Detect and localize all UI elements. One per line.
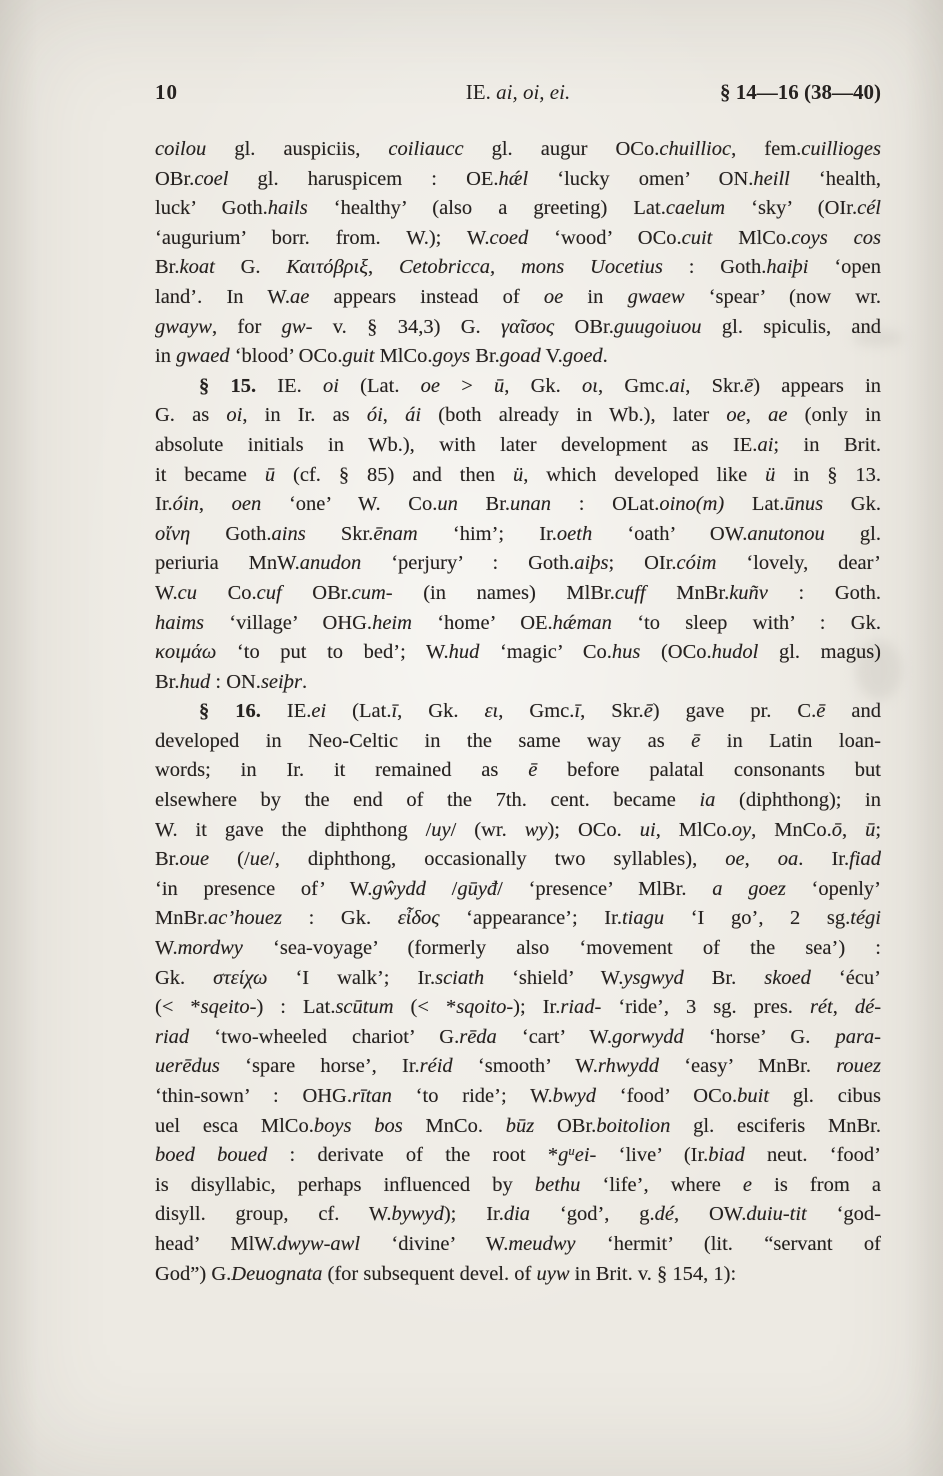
- text-run: in: [563, 286, 627, 308]
- text-run: haiþi: [766, 256, 808, 278]
- text-run: and: [825, 700, 881, 722]
- text-run: ‘home’ OE.: [412, 612, 553, 634]
- text-run: kuñv: [729, 582, 768, 604]
- text-run: οι: [582, 375, 598, 397]
- text-run: Lat.: [724, 493, 784, 515]
- text-run: ē: [644, 700, 653, 722]
- text-run: uel esca MlCo.: [155, 1115, 314, 1137]
- text-run: caelum: [666, 197, 725, 219]
- text-run: , Gmc.: [598, 375, 669, 397]
- text-run: neut. ‘food’: [745, 1144, 881, 1166]
- text-run: § 15.: [199, 375, 256, 397]
- text-run: ‘augurium’ borr. from. W.); W.: [155, 227, 490, 249]
- text-run: rhwydd: [598, 1055, 659, 1077]
- text-block: coilou gl. auspiciis, coiliaucc gl. augu…: [155, 135, 881, 1289]
- text-run: : Goth.: [663, 256, 766, 278]
- text-run: in: [155, 345, 176, 367]
- text-run: God”) G.: [155, 1263, 231, 1285]
- text-run: ‘shield’ W.: [484, 967, 623, 989]
- text-run: wy: [525, 819, 548, 841]
- text-line: ‘in presence of’ W.gŵydd /gūyđ/ ‘presenc…: [155, 875, 881, 905]
- text-run: meudwy: [508, 1233, 575, 1255]
- text-run: MlCo.: [712, 227, 791, 249]
- text-run: , for: [212, 316, 282, 338]
- text-run: (Lat.: [339, 375, 421, 397]
- superscript-run: u: [568, 1144, 574, 1158]
- text-run: ‘food’ OCo.: [596, 1085, 737, 1107]
- section-reference: § 14—16 (38—40): [570, 78, 881, 106]
- text-run: ains: [272, 523, 306, 545]
- text-run: ‘I go’, 2 sg.: [664, 907, 850, 929]
- text-run: oen: [232, 493, 262, 515]
- text-run: ia: [699, 789, 715, 811]
- text-run: óin: [173, 493, 199, 515]
- text-run: gl. esciferis MnBr.: [670, 1115, 881, 1137]
- text-line: absolute initials in Wb.), with later de…: [155, 431, 881, 461]
- text-run: Br.: [155, 256, 180, 278]
- text-run: ) : Lat.: [256, 996, 335, 1018]
- text-run: στείχω: [213, 967, 267, 989]
- text-line: boed boued : derivate of the root *guei-…: [155, 1141, 881, 1171]
- text-run: : derivate of the root *: [267, 1144, 558, 1166]
- text-run: ‘perjury’ : Goth.: [361, 552, 574, 574]
- text-run: in Latin loan-: [700, 730, 881, 752]
- text-run: head’ MlW.: [155, 1233, 277, 1255]
- text-line: disyll. group, cf. W.bywyd); Ir.dia ‘god…: [155, 1200, 881, 1230]
- text-line: haims ‘village’ OHG.heim ‘home’ OE.hǽman…: [155, 609, 881, 639]
- page-header: 10 IE. ai, oi, ei. § 14—16 (38—40): [155, 78, 881, 106]
- text-run: /: [426, 878, 457, 900]
- text-run: G. as: [155, 404, 226, 426]
- text-run: gl. cibus: [769, 1085, 881, 1107]
- text-run: ō: [832, 819, 842, 841]
- text-run: hud: [449, 641, 480, 663]
- text-run: rītan: [352, 1085, 392, 1107]
- text-run: Br.: [458, 493, 510, 515]
- text-run: land’. In W.: [155, 286, 290, 308]
- text-run: ac’houez: [208, 907, 282, 929]
- text-run: ,: [199, 493, 232, 515]
- text-run: ‘easy’ MnBr.: [659, 1055, 836, 1077]
- text-run: uyw: [536, 1263, 569, 1285]
- text-run: ‘spear’ (now wr.: [685, 286, 881, 308]
- text-run: ); OCo.: [547, 819, 639, 841]
- text-run: ái: [405, 404, 421, 426]
- text-line: head’ MlW.dwyw-awl ‘divine’ W.meudwy ‘he…: [155, 1230, 881, 1260]
- text-run: skoed: [764, 967, 811, 989]
- text-run: buit: [737, 1085, 769, 1107]
- text-run: : Gk.: [282, 907, 398, 929]
- text-run: heim: [372, 612, 412, 634]
- text-run: : OLat.: [551, 493, 659, 515]
- text-run: IE.: [466, 80, 496, 104]
- text-run: coed: [490, 227, 529, 249]
- text-run: V.: [541, 345, 563, 367]
- text-run: gwayw: [155, 316, 212, 338]
- text-run: ;: [875, 819, 881, 841]
- text-run: rét: [810, 996, 833, 1018]
- text-run: ‘ride’, 3 sg. pres.: [601, 996, 810, 1018]
- text-run: MnBr.: [646, 582, 730, 604]
- text-run: hails: [268, 197, 308, 219]
- text-run: cuillioges: [801, 138, 881, 160]
- text-run: bethu: [535, 1174, 581, 1196]
- text-run: ,: [746, 404, 768, 426]
- text-run: , which developed like: [523, 464, 765, 486]
- text-run: boys bos: [314, 1115, 403, 1137]
- text-run: bwyd: [553, 1085, 596, 1107]
- text-run: ‘appearance’; Ir.: [440, 907, 622, 929]
- text-line: G. as oi, in Ir. as ói, ái (both already…: [155, 401, 881, 431]
- text-run: unan: [510, 493, 551, 515]
- text-run: gwaed: [176, 345, 230, 367]
- text-run: ‘life’, where: [580, 1174, 743, 1196]
- text-run: ‘health,: [790, 168, 881, 190]
- text-line: it became ū (cf. § 85) and then ü, which…: [155, 461, 881, 491]
- text-run: /, diphthong, occasionally two syllables…: [269, 848, 725, 870]
- text-run: ; OIr.: [608, 552, 676, 574]
- text-run: ‘spare horse’, Ir.: [220, 1055, 420, 1077]
- text-line: luck’ Goth.hails ‘healthy’ (also a greet…: [155, 194, 881, 224]
- text-run: haims: [155, 612, 204, 634]
- text-run: IE.: [261, 700, 311, 722]
- text-run: is disyllabic, perhaps influenced by: [155, 1174, 535, 1196]
- text-line: Ir.óin, oen ‘one’ W. Co.un Br.unan : OLa…: [155, 490, 881, 520]
- text-run: periuria MnW.: [155, 552, 300, 574]
- text-run: ei-: [575, 1144, 597, 1166]
- text-run: (Lat.: [326, 700, 391, 722]
- text-run: Skr.: [306, 523, 374, 545]
- text-run: gl. auspiciis,: [206, 138, 388, 160]
- text-run: ‘oath’ OW.: [592, 523, 747, 545]
- text-run: cum-: [352, 582, 393, 604]
- text-run: ‘healthy’ (also a greeting) Lat.: [308, 197, 666, 219]
- text-run: gl. spiculis, and: [702, 316, 881, 338]
- page-number: 10: [155, 78, 466, 106]
- text-run: Co.: [197, 582, 257, 604]
- text-run: is from a: [752, 1174, 881, 1196]
- text-run: , fem.: [731, 138, 801, 160]
- text-run: hǽl: [499, 168, 529, 190]
- text-run: ē: [528, 759, 537, 781]
- text-run: § 16.: [199, 700, 261, 722]
- text-run: , OW.: [674, 1203, 746, 1225]
- text-run: ‘two-wheeled chariot’ G.: [189, 1026, 459, 1048]
- text-line: (< *sqeito-) : Lat.scūtum (< *sqoito-); …: [155, 993, 881, 1023]
- text-run: it became: [155, 464, 265, 486]
- text-run: ‘him’; Ir.: [418, 523, 557, 545]
- text-run: OBr.: [554, 316, 614, 338]
- text-run: ); Ir.: [444, 1203, 504, 1225]
- text-run: cuit: [682, 227, 713, 249]
- text-run: goed: [563, 345, 603, 367]
- text-run: oi: [323, 375, 339, 397]
- text-run: uy: [431, 819, 450, 841]
- text-run: hudol: [712, 641, 759, 663]
- text-run: οἴνη: [155, 523, 190, 545]
- text-run: ae: [290, 286, 309, 308]
- text-run: , Gk.: [397, 700, 484, 722]
- text-run: ‘divine’ W.: [360, 1233, 508, 1255]
- text-run: ‘sky’ (OIr.: [725, 197, 857, 219]
- text-run: Καιτόβριξ: [286, 256, 368, 278]
- text-run: absolute initials in Wb.), with later de…: [155, 434, 757, 456]
- text-line: uel esca MlCo.boys bos MnCo. būz OBr.boi…: [155, 1112, 881, 1142]
- text-run: gl. haruspicem : OE.: [228, 168, 498, 190]
- text-run: ‘to ride’; W.: [392, 1085, 553, 1107]
- text-line: gwayw, for gw- v. § 34,3) G. γαῖσος OBr.…: [155, 313, 881, 343]
- text-line: riad ‘two-wheeled chariot’ G.rēda ‘cart’…: [155, 1023, 881, 1053]
- text-run: goad: [500, 345, 541, 367]
- text-run: ‘to sleep with’ : Gk.: [612, 612, 881, 634]
- text-run: riad-: [560, 996, 601, 1018]
- text-run: goys: [433, 345, 471, 367]
- text-run: réid: [420, 1055, 453, 1077]
- text-run: before palatal consonants but: [537, 759, 881, 781]
- text-run: būz: [506, 1115, 534, 1137]
- text-run: gŵydd: [372, 878, 426, 900]
- text-run: coel: [194, 168, 228, 190]
- text-run: (for subsequent devel. of: [322, 1263, 536, 1285]
- text-run: W.: [155, 582, 178, 604]
- text-line: elsewhere by the end of the 7th. cent. b…: [155, 786, 881, 816]
- text-run: (< *: [394, 996, 457, 1018]
- text-run: ‘god-: [807, 1203, 881, 1225]
- text-run: coiliaucc: [388, 138, 463, 160]
- text-run: . Ir.: [798, 848, 849, 870]
- text-run: .: [302, 671, 307, 693]
- text-run: cuf: [257, 582, 282, 604]
- text-run: ,: [745, 848, 778, 870]
- text-run: ,: [383, 404, 405, 426]
- text-run: g: [558, 1144, 568, 1166]
- text-run: developed in Neo-Celtic in the same way …: [155, 730, 691, 752]
- text-run: ‘smooth’ W.: [453, 1055, 598, 1077]
- text-line: ‘augurium’ borr. from. W.); W.coed ‘wood…: [155, 224, 881, 254]
- text-run: mordwy: [178, 937, 243, 959]
- text-run: MnCo.: [403, 1115, 506, 1137]
- text-run: Br.: [155, 848, 180, 870]
- text-run: (< *: [155, 996, 201, 1018]
- text-run: ai: [669, 375, 685, 397]
- text-run: ); Ir.: [513, 996, 560, 1018]
- text-run: gorwydd: [612, 1026, 684, 1048]
- text-run: oe: [421, 375, 440, 397]
- text-run: e: [743, 1174, 752, 1196]
- text-run: oi: [226, 404, 242, 426]
- text-run: Br.: [155, 671, 180, 693]
- text-run: gl.: [825, 523, 881, 545]
- text-run: luck’ Goth.: [155, 197, 268, 219]
- text-run: cóim: [677, 552, 717, 574]
- text-run: / ‘presence’ MlBr.: [497, 878, 712, 900]
- text-run: ; in Brit.: [773, 434, 881, 456]
- text-run: gl. augur OCo.: [464, 138, 660, 160]
- text-line: periuria MnW.anudon ‘perjury’ : Goth.aiþ…: [155, 549, 881, 579]
- text-run: ,: [842, 819, 865, 841]
- text-run: ü: [765, 464, 775, 486]
- text-run: Ir.: [155, 493, 173, 515]
- text-run: ē: [816, 700, 825, 722]
- text-run: ‘one’ W. Co.: [261, 493, 437, 515]
- text-line: coilou gl. auspiciis, coiliaucc gl. augu…: [155, 135, 881, 165]
- text-run: / (wr.: [451, 819, 525, 841]
- text-run: oy: [732, 819, 751, 841]
- text-run: words; in Ir. it remained as: [155, 759, 528, 781]
- text-run: chuillioc: [659, 138, 731, 160]
- text-line: § 15. IE. oi (Lat. oe > ū, Gk. οι, Gmc.a…: [155, 372, 881, 402]
- text-run: ‘openly’: [786, 878, 881, 900]
- text-run: ū: [265, 464, 275, 486]
- text-run: dé: [655, 1203, 674, 1225]
- text-run: ēnam: [373, 523, 417, 545]
- text-run: fiad: [849, 848, 881, 870]
- text-run: hud: [180, 671, 211, 693]
- text-run: ‘thin-sown’ : OHG.: [155, 1085, 352, 1107]
- text-run: ει: [484, 700, 498, 722]
- text-run: ‘lucky omen’ ON.: [528, 168, 753, 190]
- text-run: ,: [833, 996, 855, 1018]
- text-run: un: [437, 493, 458, 515]
- text-run: (only in: [787, 404, 881, 426]
- text-run: in § 13.: [775, 464, 881, 486]
- text-run: oe: [726, 404, 745, 426]
- text-run: ai: [757, 434, 773, 456]
- text-run: uerēdus: [155, 1055, 220, 1077]
- text-run: Gk.: [823, 493, 881, 515]
- text-run: rouez: [836, 1055, 881, 1077]
- text-run: OBr.: [282, 582, 352, 604]
- text-run: , Gmc.: [498, 700, 574, 722]
- text-run: in Brit. v. § 154, 1):: [570, 1263, 737, 1285]
- text-run: ysgwyd: [623, 967, 683, 989]
- text-run: Gk.: [155, 967, 213, 989]
- text-line: W.cu Co.cuf OBr.cum- (in names) MlBr.cuf…: [155, 579, 881, 609]
- text-run: κοιμάω: [155, 641, 216, 663]
- text-line: ‘thin-sown’ : OHG.rītan ‘to ride’; W.bwy…: [155, 1082, 881, 1112]
- text-run: a goez: [712, 878, 786, 900]
- text-run: ) appears in: [753, 375, 881, 397]
- text-run: Goth.: [190, 523, 271, 545]
- text-run: cél: [857, 197, 881, 219]
- text-run: ū: [494, 375, 504, 397]
- text-line: Br.hud : ON.seiþr.: [155, 668, 881, 698]
- text-run: .: [603, 345, 608, 367]
- text-run: oe: [725, 848, 744, 870]
- text-run: gl. magus): [758, 641, 881, 663]
- text-line: uerēdus ‘spare horse’, Ir.réid ‘smooth’ …: [155, 1052, 881, 1082]
- text-line: § 16. IE.ei (Lat.ī, Gk. ει, Gmc.ī, Skr.ē…: [155, 697, 881, 727]
- text-run: ‘god’, g.: [530, 1203, 655, 1225]
- text-run: ‘sea-voyage’ (formerly also ‘movement of…: [243, 937, 881, 959]
- text-run: heill: [753, 168, 789, 190]
- text-run: εἶδος: [398, 907, 440, 929]
- text-run: ue: [250, 848, 269, 870]
- text-line: W.mordwy ‘sea-voyage’ (formerly also ‘mo…: [155, 934, 881, 964]
- text-run: , in Ir. as: [242, 404, 367, 426]
- text-run: , MlCo.: [656, 819, 732, 841]
- text-line: οἴνη Goth.ains Skr.ēnam ‘him’; Ir.oeth ‘…: [155, 520, 881, 550]
- text-run: G.: [215, 256, 287, 278]
- text-run: bywyd: [391, 1203, 443, 1225]
- text-run: oino(m): [659, 493, 724, 515]
- text-run: , Skr.: [685, 375, 744, 397]
- text-run: Br.: [684, 967, 764, 989]
- text-run: : Goth.: [768, 582, 881, 604]
- text-run: coys cos: [791, 227, 881, 249]
- text-run: tiagu: [622, 907, 664, 929]
- text-run: ‘in presence of’ W.: [155, 878, 372, 900]
- text-run: sciath: [435, 967, 484, 989]
- text-run: dwyw-awl: [277, 1233, 360, 1255]
- text-line: MnBr.ac’houez : Gk. εἶδος ‘appearance’; …: [155, 904, 881, 934]
- text-run: anutonou: [747, 523, 824, 545]
- text-run: ai, oi, ei.: [496, 80, 570, 104]
- text-run: oue: [180, 848, 210, 870]
- text-run: elsewhere by the end of the 7th. cent. b…: [155, 789, 699, 811]
- text-run: ‘I walk’; Ir.: [267, 967, 435, 989]
- text-run: dé-: [855, 996, 881, 1018]
- book-page: 10 IE. ai, oi, ei. § 14—16 (38—40) coilo…: [0, 0, 943, 1476]
- text-run: rēda: [459, 1026, 497, 1048]
- text-run: ‘cart’ W.: [497, 1026, 612, 1048]
- text-run: Br.: [470, 345, 500, 367]
- text-line: words; in Ir. it remained as ē before pa…: [155, 756, 881, 786]
- text-run: W. it gave the diphthong /: [155, 819, 431, 841]
- text-run: boitolion: [596, 1115, 670, 1137]
- text-run: coilou: [155, 138, 206, 160]
- text-run: oe: [544, 286, 563, 308]
- text-run: seiþr: [261, 671, 302, 693]
- text-run: >: [440, 375, 494, 397]
- text-line: God”) G.Deuognata (for subsequent devel.…: [155, 1260, 881, 1290]
- text-run: ‘lovely, dear’: [716, 552, 881, 574]
- text-run: OBr.: [155, 168, 194, 190]
- text-run: appears instead of: [309, 286, 544, 308]
- text-run: ‘live’ (Ir.: [596, 1144, 708, 1166]
- text-run: , MnCo.: [751, 819, 832, 841]
- text-run: sqoito-: [456, 996, 513, 1018]
- text-run: ü: [513, 464, 523, 486]
- text-run: MnBr.: [155, 907, 208, 929]
- text-run: , Skr.: [580, 700, 644, 722]
- text-run: guugoiuou: [614, 316, 702, 338]
- text-run: ‘écu’: [811, 967, 881, 989]
- text-run: cuff: [615, 582, 646, 604]
- text-line: W. it gave the diphthong /uy/ (wr. wy); …: [155, 816, 881, 846]
- text-run: OBr.: [534, 1115, 596, 1137]
- text-run: Cetobricca, mons Uocetius: [399, 256, 663, 278]
- text-run: ói: [367, 404, 383, 426]
- text-run: ūnus: [784, 493, 823, 515]
- text-run: ē: [744, 375, 753, 397]
- text-line: κοιμάω ‘to put to bed’; W.hud ‘magic’ Co…: [155, 638, 881, 668]
- text-line: Br.oue (/ue/, diphthong, occasionally tw…: [155, 845, 881, 875]
- text-run: gw-: [282, 316, 313, 338]
- text-run: IE.: [256, 375, 323, 397]
- text-run: ) gave pr. C.: [653, 700, 816, 722]
- text-line: developed in Neo-Celtic in the same way …: [155, 727, 881, 757]
- text-run: Deuognata: [231, 1263, 322, 1285]
- text-run: ui: [640, 819, 656, 841]
- text-run: guit: [343, 345, 375, 367]
- text-run: ‘wood’ OCo.: [528, 227, 681, 249]
- page-content: 10 IE. ai, oi, ei. § 14—16 (38—40) coilo…: [155, 78, 881, 1289]
- text-run: ,: [368, 256, 399, 278]
- text-run: ‘horse’ G.: [684, 1026, 836, 1048]
- text-run: γαῖσος: [501, 316, 554, 338]
- text-run: dia: [504, 1203, 530, 1225]
